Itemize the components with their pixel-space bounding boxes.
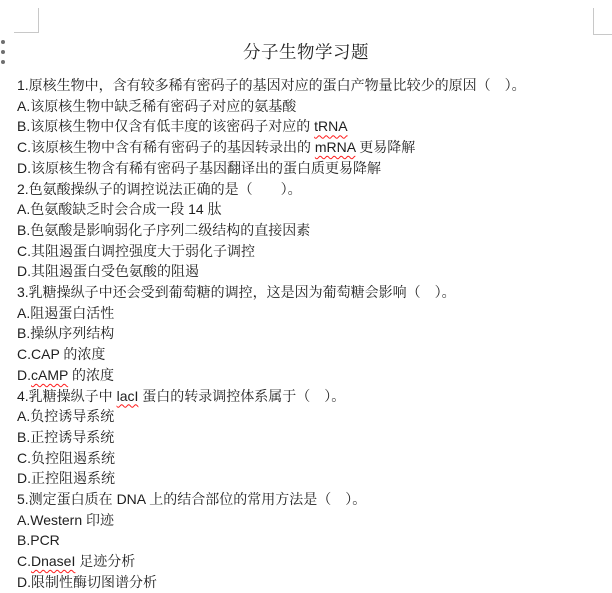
doc-line[interactable]: B.操纵序列结构 <box>17 323 597 344</box>
doc-line-text: B.操纵序列结构 <box>17 325 114 341</box>
doc-line[interactable]: 4.乳糖操纵子中 lacI 蛋白的转录调控体系属于（ ）。 <box>17 386 597 407</box>
doc-line[interactable]: 3.乳糖操纵子中还会受到葡萄糖的调控，这是因为葡萄糖会影响（ ）。 <box>17 282 597 303</box>
doc-line-text: 5.测定蛋白质在 DNA 上的结合部位的常用方法是（ ）。 <box>17 491 366 507</box>
doc-line-text: D.正控阻遏系统 <box>17 470 115 486</box>
spellcheck-marked-text: mRNA <box>315 139 355 155</box>
doc-line-text: B.正控诱导系统 <box>17 429 114 445</box>
doc-line[interactable]: C.其阻遏蛋白调控强度大于弱化子调控 <box>17 241 597 262</box>
doc-line-text: 更易降解 <box>355 139 415 155</box>
doc-line[interactable]: A.Western 印迹 <box>17 510 597 531</box>
margin-crop-mark-top-left-vertical <box>38 8 39 33</box>
spellcheck-marked-text: lacI <box>117 388 139 404</box>
spellcheck-marked-text: DnaseI <box>31 553 75 569</box>
doc-line-text: 蛋白的转录调控体系属于（ ）。 <box>138 388 345 404</box>
doc-line[interactable]: 5.测定蛋白质在 DNA 上的结合部位的常用方法是（ ）。 <box>17 489 597 510</box>
doc-line-text: A.色氨酸缺乏时会合成一段 14 肽 <box>17 201 222 217</box>
doc-line-text: A.Western 印迹 <box>17 512 114 528</box>
spellcheck-marked-text: cAMP <box>31 367 68 383</box>
doc-line-text: D.其阻遏蛋白受色氨酸的阻遏 <box>17 263 199 279</box>
doc-line[interactable]: C.CAP 的浓度 <box>17 344 597 365</box>
doc-line[interactable]: B.PCR <box>17 530 597 551</box>
doc-line[interactable]: B.正控诱导系统 <box>17 427 597 448</box>
doc-line-text: D.限制性酶切图谱分析 <box>17 574 157 590</box>
doc-line-text: C. <box>17 553 31 569</box>
doc-line-text: B.PCR <box>17 532 60 548</box>
doc-line-text: B.色氨酸是影响弱化子序列二级结构的直接因素 <box>17 222 310 238</box>
margin-crop-mark-top-right-horizontal <box>593 34 612 35</box>
doc-line[interactable]: A.该原核生物中缺乏稀有密码子对应的氨基酸 <box>17 96 597 117</box>
margin-crop-mark-top-left-horizontal <box>14 32 39 33</box>
doc-line-text: C.其阻遏蛋白调控强度大于弱化子调控 <box>17 243 255 259</box>
doc-line[interactable]: A.阻遏蛋白活性 <box>17 303 597 324</box>
doc-line[interactable]: B.该原核生物中仅含有低丰度的该密码子对应的 tRNA <box>17 116 597 137</box>
doc-line-text: D.该原核生物含有稀有密码子基因翻译出的蛋白质更易降解 <box>17 160 381 176</box>
doc-line-text: D. <box>17 367 31 383</box>
doc-line-text: C.CAP 的浓度 <box>17 346 105 362</box>
doc-line-text: A.负控诱导系统 <box>17 408 114 424</box>
doc-line[interactable]: D.cAMP 的浓度 <box>17 365 597 386</box>
spellcheck-marked-text: tRNA <box>314 118 347 134</box>
doc-line[interactable]: A.色氨酸缺乏时会合成一段 14 肽 <box>17 199 597 220</box>
doc-line-text: 的浓度 <box>68 367 114 383</box>
doc-line-text: C.该原核生物中含有稀有密码子的基因转录出的 <box>17 139 315 155</box>
doc-line-text: C.负控阻遏系统 <box>17 450 115 466</box>
doc-line-text: 1.原核生物中，含有较多稀有密码子的基因对应的蛋白产物量比较少的原因（ ）。 <box>17 77 526 93</box>
document-title[interactable]: 分子生物学习题 <box>0 39 612 64</box>
doc-line-text: A.该原核生物中缺乏稀有密码子对应的氨基酸 <box>17 98 296 114</box>
doc-line[interactable]: A.负控诱导系统 <box>17 406 597 427</box>
doc-line[interactable]: C.DnaseI 足迹分析 <box>17 551 597 572</box>
doc-line[interactable]: D.其阻遏蛋白受色氨酸的阻遏 <box>17 261 597 282</box>
doc-line[interactable]: C.该原核生物中含有稀有密码子的基因转录出的 mRNA 更易降解 <box>17 137 597 158</box>
doc-line[interactable]: D.限制性酶切图谱分析 <box>17 572 597 593</box>
doc-line-text: 3.乳糖操纵子中还会受到葡萄糖的调控，这是因为葡萄糖会影响（ ）。 <box>17 284 456 300</box>
doc-line-text: 足迹分析 <box>75 553 135 569</box>
doc-line-text: 2.色氨酸操纵子的调控说法正确的是（ ）。 <box>17 181 302 197</box>
doc-line[interactable]: 1.原核生物中，含有较多稀有密码子的基因对应的蛋白产物量比较少的原因（ ）。 <box>17 75 597 96</box>
doc-line-text: 4.乳糖操纵子中 <box>17 388 117 404</box>
document-page[interactable]: 分子生物学习题 1.原核生物中，含有较多稀有密码子的基因对应的蛋白产物量比较少的… <box>0 0 612 593</box>
doc-line[interactable]: B.色氨酸是影响弱化子序列二级结构的直接因素 <box>17 220 597 241</box>
doc-line[interactable]: D.正控阻遏系统 <box>17 468 597 489</box>
document-body: 1.原核生物中，含有较多稀有密码子的基因对应的蛋白产物量比较少的原因（ ）。A.… <box>17 75 597 593</box>
doc-line-text: A.阻遏蛋白活性 <box>17 305 114 321</box>
doc-line[interactable]: C.负控阻遏系统 <box>17 448 597 469</box>
doc-line[interactable]: 2.色氨酸操纵子的调控说法正确的是（ ）。 <box>17 179 597 200</box>
doc-line[interactable]: D.该原核生物含有稀有密码子基因翻译出的蛋白质更易降解 <box>17 158 597 179</box>
margin-crop-mark-top-right-vertical <box>593 8 594 35</box>
doc-line-text: B.该原核生物中仅含有低丰度的该密码子对应的 <box>17 118 314 134</box>
